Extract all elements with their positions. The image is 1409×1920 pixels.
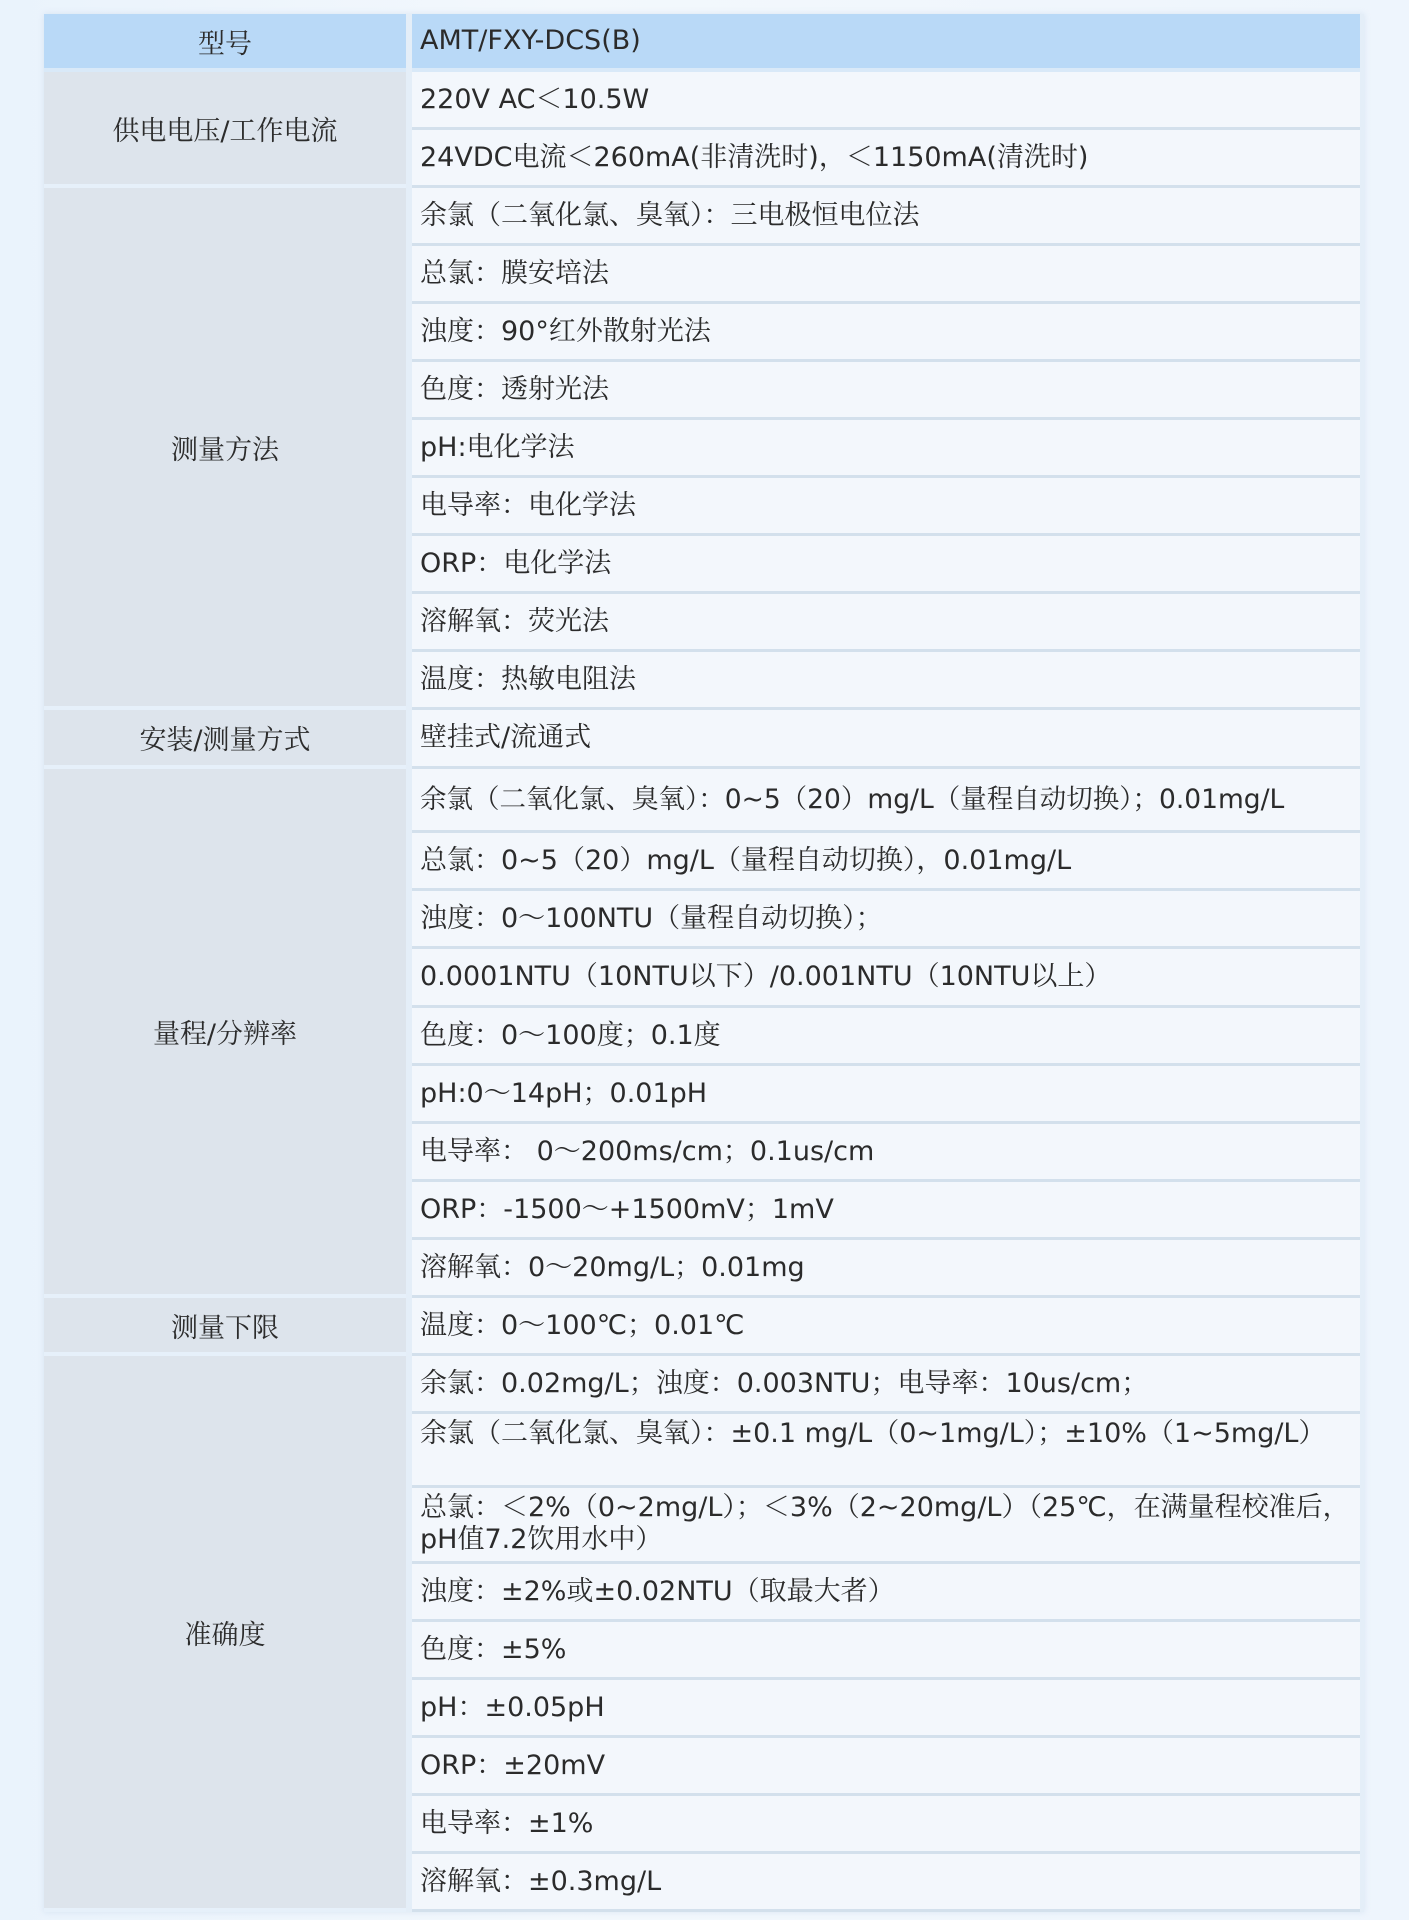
table-row: 24VDC电流＜260mA(非清洗时)，＜1150mA(清洗时) xyxy=(412,130,1360,188)
table-row: 浊度：±2%或±0.02NTU（取最大者） xyxy=(412,1564,1360,1622)
section-measurement-method: 测量方法 余氯（二氧化氯、臭氧）：三电极恒电位法 总氯：膜安培法 浊度：90°红… xyxy=(44,188,1364,710)
section-installation: 安装/测量方式 壁挂式/流通式 xyxy=(44,710,1364,769)
header-label: 型号 xyxy=(44,14,406,72)
section-label: 准确度 xyxy=(44,1356,406,1912)
section-label: 供电电压/工作电流 xyxy=(44,72,406,188)
table-row: 余氯（二氧化氯、臭氧）：三电极恒电位法 xyxy=(412,188,1360,246)
table-row: 浊度：90°红外散射光法 xyxy=(412,304,1360,362)
table-row: pH：±0.05pH xyxy=(412,1680,1360,1738)
section-label: 量程/分辨率 xyxy=(44,769,406,1298)
table-row: 色度：透射光法 xyxy=(412,362,1360,420)
table-row: 总氯：0~5（20）mg/L（量程自动切换），0.01mg/L xyxy=(412,833,1360,891)
table-row: 温度：0～100℃；0.01℃ xyxy=(412,1298,1360,1356)
table-row: 余氯（二氧化氯、臭氧）：±0.1 mg/L（0~1mg/L）；±10%（1~5m… xyxy=(412,1414,1360,1488)
table-row: 220V AC＜10.5W xyxy=(412,72,1360,130)
section-detection-limit: 测量下限 温度：0～100℃；0.01℃ xyxy=(44,1298,1364,1356)
table-row: ORP：±20mV xyxy=(412,1738,1360,1796)
table-row: 余氯：0.02mg/L；浊度：0.003NTU；电导率：10us/cm； xyxy=(412,1356,1360,1414)
table-row: 电导率： 0～200ms/cm；0.1us/cm xyxy=(412,1124,1360,1182)
table-row: 溶解氧：±0.3mg/L xyxy=(412,1854,1360,1912)
table-row: 总氯：＜2%（0~2mg/L）；＜3%（2~20mg/L）（25℃，在满量程校准… xyxy=(412,1488,1360,1564)
table-row: pH:电化学法 xyxy=(412,420,1360,478)
table-row: 壁挂式/流通式 xyxy=(412,710,1360,769)
table-row: 浊度：0～100NTU（量程自动切换）； xyxy=(412,891,1360,949)
section-label: 安装/测量方式 xyxy=(44,710,406,769)
table-header-row: 型号 AMT/FXY-DCS(B) xyxy=(44,14,1364,72)
table-row: 色度：±5% xyxy=(412,1622,1360,1680)
table-row: 溶解氧：0～20mg/L；0.01mg xyxy=(412,1240,1360,1298)
table-row: pH:0～14pH；0.01pH xyxy=(412,1066,1360,1124)
table-row: 余氯（二氧化氯、臭氧）：0~5（20）mg/L（量程自动切换）；0.01mg/L xyxy=(412,769,1360,833)
section-power: 供电电压/工作电流 220V AC＜10.5W 24VDC电流＜260mA(非清… xyxy=(44,72,1364,188)
section-accuracy: 准确度 余氯：0.02mg/L；浊度：0.003NTU；电导率：10us/cm；… xyxy=(44,1356,1364,1912)
table-row: 电导率：电化学法 xyxy=(412,478,1360,536)
table-row: 总氯：膜安培法 xyxy=(412,246,1360,304)
spec-table: 型号 AMT/FXY-DCS(B) 供电电压/工作电流 220V AC＜10.5… xyxy=(44,14,1364,1912)
section-label: 测量下限 xyxy=(44,1298,406,1356)
table-row: 溶解氧：荧光法 xyxy=(412,594,1360,652)
table-row: ORP：电化学法 xyxy=(412,536,1360,594)
table-row: 0.0001NTU（10NTU以下）/0.001NTU（10NTU以上） xyxy=(412,949,1360,1008)
header-value: AMT/FXY-DCS(B) xyxy=(412,14,1360,72)
table-row: 色度：0～100度；0.1度 xyxy=(412,1008,1360,1066)
table-row: 温度：热敏电阻法 xyxy=(412,652,1360,710)
section-label: 测量方法 xyxy=(44,188,406,710)
table-row: 电导率：±1% xyxy=(412,1796,1360,1854)
section-range-resolution: 量程/分辨率 余氯（二氧化氯、臭氧）：0~5（20）mg/L（量程自动切换）；0… xyxy=(44,769,1364,1298)
table-row: ORP：-1500～+1500mV；1mV xyxy=(412,1182,1360,1240)
